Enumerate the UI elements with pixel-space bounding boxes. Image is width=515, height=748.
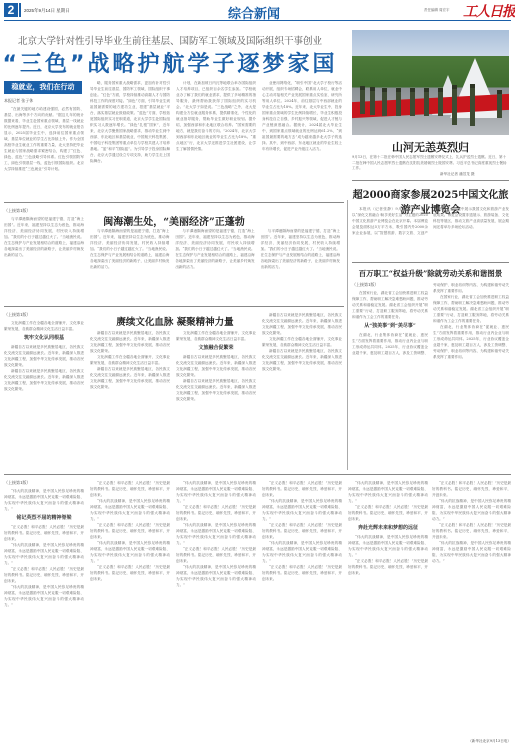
fujian-text-2: 与平潭港隔海而望的是福建宁德，打造“海上田园”。近年来，福建坚持以生态为底色，推…	[90, 228, 169, 270]
photo-headline: 山河无恙英烈归	[352, 139, 509, 155]
xinjiang-subhead-2: 文旅融合促繁荣	[176, 345, 256, 351]
fujian-byline: （上接第1版）	[4, 208, 84, 214]
union-byline: （上接第1版）	[352, 282, 428, 288]
xinjiang-column-2: 新疆自古以来就是多民族聚居地区，各民族文化交流交往交融源远流长。近年来，新疆深入…	[90, 330, 170, 467]
lead-col3-text: 计划，在新加坡日内瓦等地联合举办国际组织人才培养项目，已组织百余名学生参加。“学…	[176, 80, 256, 152]
union-text-3: 在国家行业，湖北省工会加快推进职工权益保障工作，帮助职工解决急难愁盼问题，推动劳…	[433, 294, 509, 324]
page-number-bar	[19, 3, 21, 17]
fujian-text-4: 与平潭港隔海而望的是福建宁德，打造“海上田园”。近年来，福建坚持以生态为底色，推…	[261, 228, 340, 270]
memory-text-3: “伟大的抗战精神，是中国人民弥足珍贵的精神财富，永远是激励中国人民克服一切艰难险…	[4, 542, 84, 566]
xinjiang-text-8: 新疆自古以来就是多民族聚居地区，各民族文化交流交往交融源远流长。近年来，新疆深入…	[176, 354, 256, 378]
divider	[4, 474, 511, 475]
memory-column-3: “伟大的抗战精神，是中国人民弥足珍贵的精神财富，永远是激励中国人民克服一切艰难险…	[176, 480, 256, 744]
lead-kicker: 北京大学针对性引导毕业生前往基层、国防军工领域及国际组织干事创业	[0, 33, 340, 47]
fujian-text: 与平潭港隔海而望的是福建宁德，打造“海上田园”。近年来，福建坚持以生态为底色，推…	[4, 216, 84, 258]
lead-col2-text: 略，服务国家重大战略需求，更加有针对性引导毕业生前往基层、国防军工领域、国际组织…	[90, 80, 170, 164]
xinjiang-text: 文化润疆工作在全疆各地全面铺开，文化事业繁荣发展，各族群众精神文化生活日益丰富。	[4, 320, 84, 332]
soldier-figure	[424, 88, 429, 116]
memory-text-10: “正义必胜！和平必胜！人民必胜！”历史是最好的教科书。铭记历史，缅怀先烈，珍爱和…	[90, 564, 170, 582]
memory-text-4: “正义必胜！和平必胜！人民必胜！”历史是最好的教科书。铭记历史，缅怀先烈，珍爱和…	[4, 566, 84, 584]
xinjiang-text-11: 文化润疆工作在全疆各地全面铺开，文化事业繁荣发展，各族群众精神文化生活日益丰富。	[262, 336, 342, 348]
fujian-text-3: 与平潭港隔海而望的是福建宁德，打造“海上田园”。近年来，福建坚持以生态为底色，推…	[175, 228, 254, 270]
soldier-figure	[452, 85, 457, 125]
lead-col1-text: “在最关键的地方给建设强国，必然有国防、基层、出海等多个方向的贡献。”据这几年的…	[4, 106, 84, 172]
memory-text-22: “正义必胜！和平必胜！人民必胜！”历史是最好的教科书。铭记历史，缅怀先烈，珍爱和…	[348, 504, 428, 522]
xinjiang-text-3: 新疆自古以来就是多民族聚居地区，各民族文化交流交往交融源远流长。近年来，新疆深入…	[4, 368, 84, 392]
memory-text-12: “正义必胜！和平必胜！人民必胜！”历史是最好的教科书。铭记历史，缅怀先烈，珍爱和…	[176, 504, 256, 522]
column-divider	[347, 200, 348, 470]
xinjiang-headline: 赓续文化血脉 凝聚精神力量	[90, 314, 260, 328]
editor-credit: 责任编辑 周宏宇	[424, 8, 449, 13]
memory-text-5: “伟大的抗战精神，是中国人民弥足珍贵的精神财富，永远是激励中国人民克服一切艰难险…	[4, 584, 84, 608]
xinjiang-text-9: 新疆自古以来就是多民族聚居地区，各民族文化交流交往交融源远流长。近年来，新疆深入…	[176, 378, 256, 402]
xinjiang-column-4: 新疆自古以来就是多民族聚居地区，各民族文化交流交往交融源远流长。近年来，新疆深入…	[262, 312, 342, 467]
lead-column-3: 计划，在新加坡日内瓦等地联合举办国际组织人才培养项目，已组织百余名学生参加。“学…	[176, 80, 256, 198]
news-photo	[352, 30, 509, 135]
memory-text-8: “正义必胜！和平必胜！人民必胜！”历史是最好的教科书。铭记历史，缅怀先烈，珍爱和…	[90, 522, 170, 540]
column-tag: 稳就业，我们在行动	[4, 81, 82, 94]
expo-text: 本报讯（记者张静）9月12日至14日，以“深化文旅融合 畅享美好生活”为主题的2…	[352, 206, 509, 236]
memory-column-6: “正义必胜！和平必胜！人民必胜！”历史是最好的教科书。铭记历史，缅怀先烈，珍爱和…	[432, 480, 511, 738]
memory-text-7: “伟大的抗战精神，是中国人民弥足珍贵的精神财富，永远是激励中国人民克服一切艰难险…	[90, 498, 170, 522]
header-rule	[4, 20, 511, 21]
xinjiang-byline: （上接第1版）	[4, 312, 84, 318]
divider	[352, 262, 509, 263]
expo-body: 本报讯（记者张静）9月12日至14日，以“深化文旅融合 畅享美好生活”为主题的2…	[352, 206, 509, 258]
memory-text-11: “伟大的抗战精神，是中国人民弥足珍贵的精神财富，永远是激励中国人民克服一切艰难险…	[176, 480, 256, 504]
memory-text-25: “正义必胜！和平必胜！人民必胜！”历史是最好的教科书。铭记历史，缅怀先烈，珍爱和…	[432, 480, 511, 498]
lead-column-2: 略，服务国家重大战略需求，更加有针对性引导毕业生前往基层、国防军工领域、国际组织…	[90, 80, 170, 198]
memory-column-1: （上接第1版） “伟大的抗战精神，是中国人民弥足珍贵的精神财富，永远是激励中国人…	[4, 480, 84, 744]
memory-column-5: “伟大的抗战精神，是中国人民弥足珍贵的精神财富，永远是激励中国人民克服一切艰难险…	[348, 480, 428, 744]
newspaper-logo: 工人日报	[463, 1, 515, 21]
soldier-figure	[410, 88, 415, 116]
soldier-figure	[382, 88, 387, 116]
memory-text-9: “伟大的抗战精神，是中国人民弥足珍贵的精神财富，永远是激励中国人民克服一切艰难险…	[90, 540, 170, 564]
xinjiang-column-1: （上接第1版） 文化润疆工作在全疆各地全面铺开，文化事业繁荣发展，各族群众精神文…	[4, 312, 84, 467]
memory-text-6: “正义必胜！和平必胜！人民必胜！”历史是最好的教科书。铭记历史，缅怀先烈，珍爱和…	[90, 480, 170, 498]
xinjiang-text-12: 新疆自古以来就是多民族聚居地区，各民族文化交流交往交融源远流长。近年来，新疆深入…	[262, 348, 342, 372]
union-body: （上接第1版） 在国家行业，湖北省工会加快推进职工权益保障工作，帮助职工解决急难…	[352, 282, 509, 472]
photo-caption: 9月13日，在第十二批在韩中国人民志愿军烈士遗骸安葬仪式上，礼兵护送烈士遗骸。近…	[352, 155, 509, 172]
memory-text-13: “伟大的抗战精神，是中国人民弥足珍贵的精神财富，永远是激励中国人民克服一切艰难险…	[176, 522, 256, 546]
memory-text-21: “伟大的抗战精神，是中国人民弥足珍贵的精神财富，永远是激励中国人民克服一切艰难险…	[348, 480, 428, 504]
memory-subhead-1: 铭记英烈不屈的精神脊梁	[4, 515, 84, 521]
fujian-column-1: （上接第1版） 与平潭港隔海而望的是福建宁德，打造“海上田园”。近年来，福建坚持…	[4, 208, 84, 300]
xinjiang-text-10: 新疆自古以来就是多民族聚居地区，各民族文化交流交往交融源远流长。近年来，新疆深入…	[262, 312, 342, 336]
xinjiang-text-4: 新疆自古以来就是多民族聚居地区，各民族文化交流交往交融源远流长。近年来，新疆深入…	[90, 330, 170, 354]
soldier-figure	[396, 88, 401, 116]
memory-column-4: “正义必胜！和平必胜！人民必胜！”历史是最好的教科书。铭记历史，缅怀先烈，珍爱和…	[262, 480, 342, 744]
memory-text-24: “正义必胜！和平必胜！人民必胜！”历史是最好的教科书。铭记历史，缅怀先烈，珍爱和…	[348, 558, 428, 576]
divider	[4, 306, 344, 307]
memory-text-20: “正义必胜！和平必胜！人民必胜！”历史是最好的教科书。铭记历史，缅怀先烈，珍爱和…	[262, 564, 342, 582]
lead-col4-text: 业使用网络化，“职引中国”北大学子校行等活动开展，组织专场招聘会，联系用人单位，…	[262, 80, 342, 152]
lead-column-4: 业使用网络化，“职引中国”北大学子校行等活动开展，组织专场招聘会，联系用人单位，…	[262, 80, 342, 198]
xinjiang-column-3: 文化润疆工作在全疆各地全面铺开，文化事业繁荣发展，各族群众精神文化生活日益丰富。…	[176, 330, 256, 467]
memory-text-18: “正义必胜！和平必胜！人民必胜！”历史是最好的教科书。铭记历史，缅怀先烈，珍爱和…	[262, 522, 342, 540]
divider	[352, 180, 509, 181]
memory-text-23: “伟大的抗战精神，是中国人民弥足珍贵的精神财富，永远是激励中国人民克服一切艰难险…	[348, 534, 428, 558]
soldier-figure	[370, 87, 375, 115]
soldier-figure	[497, 90, 502, 118]
memory-text-19: “伟大的抗战精神，是中国人民弥足珍贵的精神财富，永远是激励中国人民克服一切艰难险…	[262, 540, 342, 564]
xinjiang-text-2: 新疆自古以来就是多民族聚居地区，各民族文化交流交往交融源远流长。近年来，新疆深入…	[4, 344, 84, 368]
lead-column-1: 本报记者 张子休 “在最关键的地方给建设强国，必然有国防、基层、出海等多个方向的…	[4, 98, 84, 198]
fujian-columns: 与平潭港隔海而望的是福建宁德，打造“海上田园”。近年来，福建坚持以生态为底色，推…	[90, 228, 340, 300]
page-number: 2	[4, 3, 18, 17]
xinjiang-text-5: 文化润疆工作在全疆各地全面铺开，文化事业繁荣发展，各族群众精神文化生活日益丰富。	[90, 354, 170, 366]
masthead: 2 2025年9月14日 星期日 综合新闻 责任编辑 周宏宇 工人日报	[0, 0, 515, 20]
memory-text: “伟大的抗战精神，是中国人民弥足珍贵的精神财富，永远是激励中国人民克服一切艰难险…	[4, 488, 84, 512]
memory-subhead-2: 奔赴光辉未来和梦想的远征	[348, 525, 428, 531]
memory-column-2: “正义必胜！和平必胜！人民必胜！”历史是最好的教科书。铭记历史，缅怀先烈，珍爱和…	[90, 480, 170, 744]
lead-byline: 本报记者 张子休	[4, 98, 84, 104]
memory-text-2: “正义必胜！和平必胜！人民必胜！”历史是最好的教科书。铭记历史，缅怀先烈，珍爱和…	[4, 524, 84, 542]
soldier-figure	[470, 84, 475, 126]
memory-text-16: “正义必胜！和平必胜！人民必胜！”历史是最好的教科书。铭记历史，缅怀先烈，珍爱和…	[262, 480, 342, 498]
xinjiang-text-6: 新疆自古以来就是多民族聚居地区，各民族文化交流交往交融源远流长。近年来，新疆深入…	[90, 366, 170, 390]
union-text: 在国家行业，湖北省工会加快推进职工权益保障工作，帮助职工解决急难愁盼问题，推动劳…	[352, 290, 428, 320]
union-headline: 百万职工“权益升级”除就劳动关系和谐图景	[352, 268, 509, 279]
memory-text-17: “伟大的抗战精神，是中国人民弥足珍贵的精神财富，永远是激励中国人民克服一切艰难险…	[262, 498, 342, 522]
memory-text-26: “伟大的抗战精神，是中国人民弥足珍贵的精神财富，永远是激励中国人民克服一切艰难险…	[432, 498, 511, 522]
issue-date: 2025年9月14日 星期日	[24, 8, 70, 14]
photo-credit: 新华社记者 潘昱龙 摄	[440, 172, 475, 177]
union-subhead: 从“独美事”到“美尽事”	[352, 323, 428, 329]
memory-text-15: “伟大的抗战精神，是中国人民弥足珍贵的精神财富，永远是激励中国人民克服一切艰难险…	[176, 564, 256, 588]
union-text-4: 在湖北，行业集体协商在“促就业、惠民生”方面发挥着重要作用，推动行业内企业与职工…	[433, 324, 509, 360]
soldier-figure	[360, 86, 365, 114]
memory-text-28: “伟大的抗战精神，是中国人民弥足珍贵的精神财富，永远是激励中国人民克服一切艰难险…	[432, 540, 511, 564]
soldier-figure	[438, 88, 443, 116]
xinjiang-text-7: 文化润疆工作在全疆各地全面铺开，文化事业繁荣发展，各族群众精神文化生活日益丰富。	[176, 330, 256, 342]
memory-credit: （新华社北京9月13日电）	[432, 738, 511, 746]
xinjiang-subhead-1: 筑牢文化认同根基	[4, 335, 84, 341]
memory-text-14: “正义必胜！和平必胜！人民必胜！”历史是最好的教科书。铭记历史，缅怀先烈，珍爱和…	[176, 546, 256, 564]
divider	[4, 202, 344, 203]
memory-byline: （上接第1版）	[4, 480, 84, 486]
memory-text-27: “正义必胜！和平必胜！人民必胜！”历史是最好的教科书。铭记历史，缅怀先烈，珍爱和…	[432, 522, 511, 540]
lead-headline: “三色”战略护航学子逐梦家国	[0, 47, 340, 78]
